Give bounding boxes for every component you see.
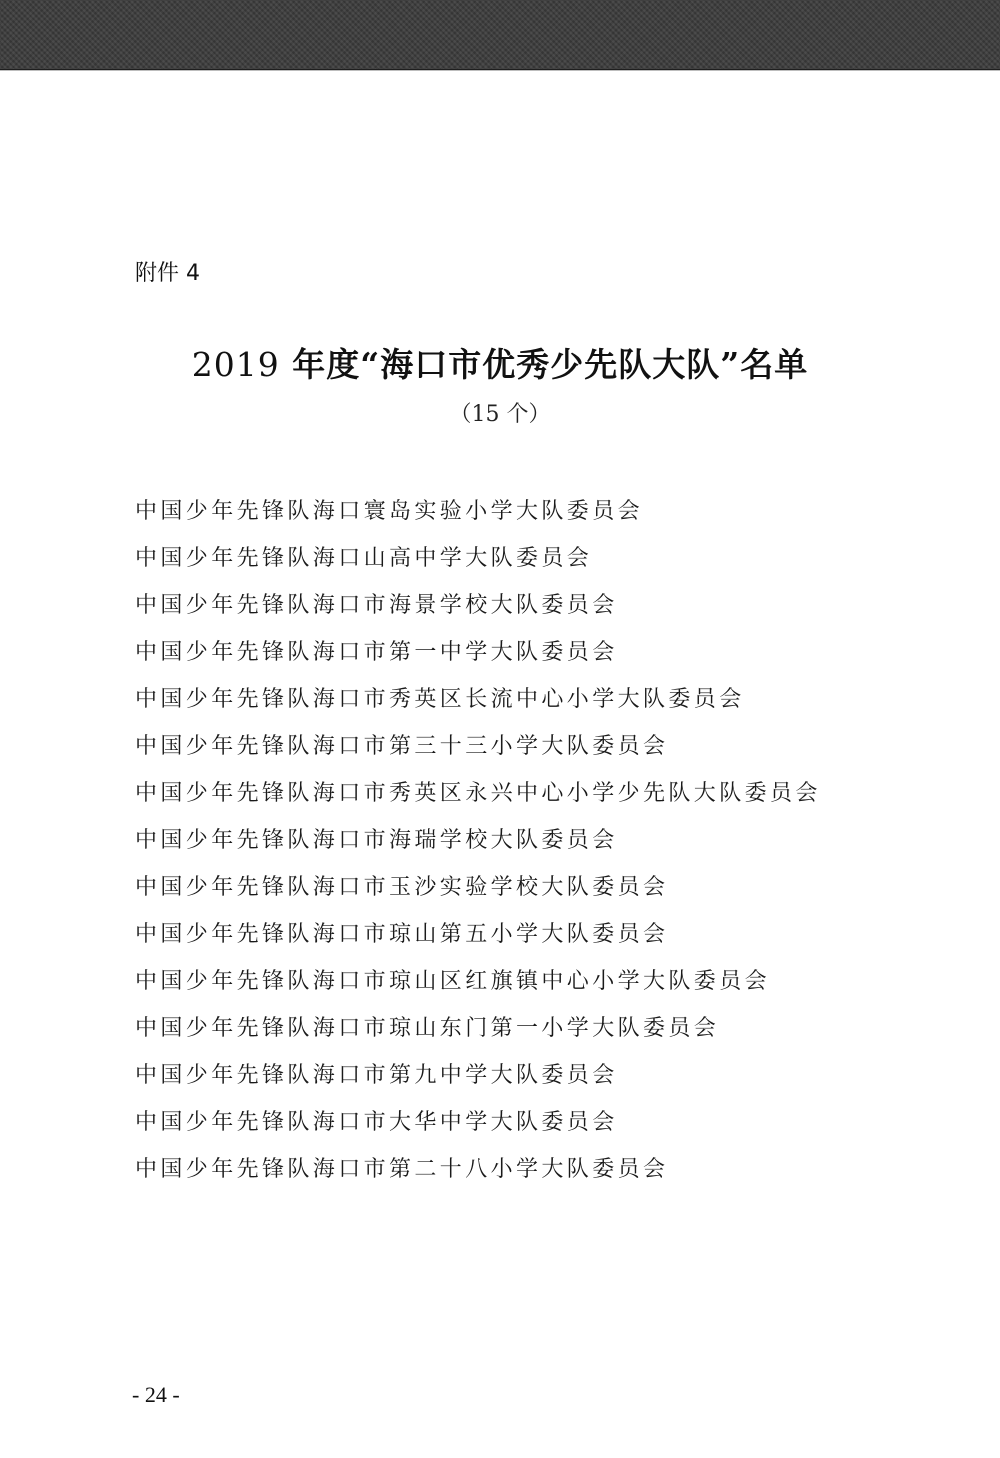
honoree-list: 中国少年先锋队海口寰岛实验小学大队委员会 中国少年先锋队海口山高中学大队委员会 … — [135, 488, 821, 1193]
list-item: 中国少年先锋队海口市秀英区长流中心小学大队委员会 — [135, 676, 821, 723]
title-text: 年度“海口市优秀少先队大队”名单 — [280, 345, 808, 384]
list-item: 中国少年先锋队海口市第一中学大队委员会 — [135, 629, 821, 676]
list-item: 中国少年先锋队海口市第二十八小学大队委员会 — [135, 1146, 821, 1193]
list-item: 中国少年先锋队海口市第九中学大队委员会 — [135, 1052, 821, 1099]
dark-header-band — [0, 0, 1000, 71]
list-item: 中国少年先锋队海口寰岛实验小学大队委员会 — [135, 488, 821, 535]
list-item: 中国少年先锋队海口市琼山东门第一小学大队委员会 — [135, 1005, 821, 1052]
title-year: 2019 — [192, 345, 280, 384]
attachment-label: 附件 4 — [135, 258, 200, 290]
list-item: 中国少年先锋队海口山高中学大队委员会 — [135, 535, 821, 582]
list-item: 中国少年先锋队海口市海景学校大队委员会 — [135, 582, 821, 629]
header-band-edge — [0, 70, 1000, 71]
document-title: 2019 年度“海口市优秀少先队大队”名单 — [0, 340, 1000, 390]
list-item: 中国少年先锋队海口市第三十三小学大队委员会 — [135, 723, 821, 770]
document-subtitle-count: （15 个） — [0, 398, 1000, 432]
list-item: 中国少年先锋队海口市秀英区永兴中心小学少先队大队委员会 — [135, 770, 821, 817]
list-item: 中国少年先锋队海口市大华中学大队委员会 — [135, 1099, 821, 1146]
list-item: 中国少年先锋队海口市琼山区红旗镇中心小学大队委员会 — [135, 958, 821, 1005]
list-item: 中国少年先锋队海口市玉沙实验学校大队委员会 — [135, 864, 821, 911]
page-number: - 24 - — [132, 1380, 180, 1410]
list-item: 中国少年先锋队海口市海瑞学校大队委员会 — [135, 817, 821, 864]
list-item: 中国少年先锋队海口市琼山第五小学大队委员会 — [135, 911, 821, 958]
